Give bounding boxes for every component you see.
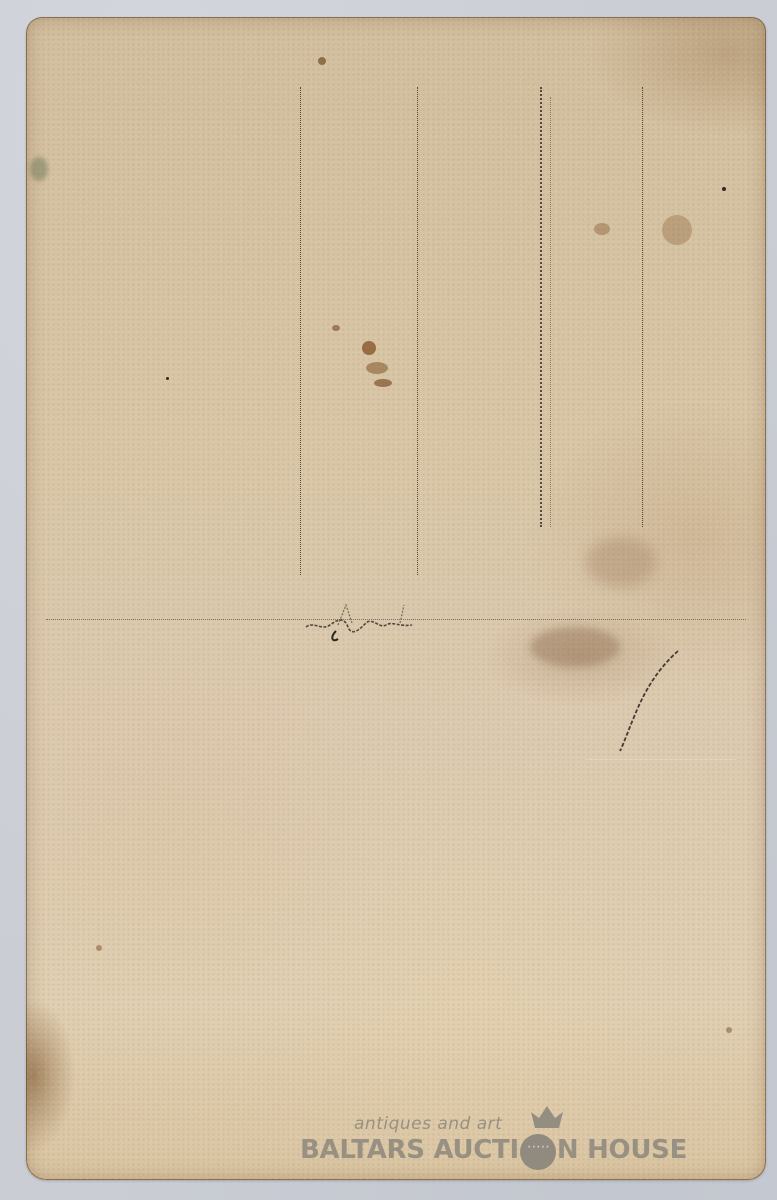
stain [726, 1027, 732, 1033]
stain [362, 341, 376, 355]
guide-line-left-2 [417, 87, 418, 575]
crown-ball-icon [520, 1134, 556, 1170]
stain [366, 362, 388, 374]
stain [662, 215, 692, 245]
guide-line-right-1 [540, 87, 542, 527]
stain [96, 945, 102, 951]
postcard-back [26, 17, 766, 1180]
stain [722, 187, 726, 191]
paper-crease [586, 759, 736, 760]
watermark-tagline: antiques and art [354, 1114, 502, 1134]
stain [530, 627, 620, 667]
watermark-name-part2: N HOUSE [557, 1135, 687, 1165]
stain [318, 57, 326, 65]
stain [374, 379, 392, 387]
stain [30, 157, 48, 181]
auction-house-watermark: antiques and art BALTARS AUCTI N HOUSE [300, 1106, 700, 1176]
stain [166, 377, 169, 380]
guide-line-left-1 [300, 87, 301, 575]
stain [594, 223, 610, 235]
stain [586, 537, 656, 587]
crown-icon [529, 1104, 565, 1130]
stain [332, 325, 340, 331]
guide-line-right-1b [550, 97, 551, 527]
watermark-name: BALTARS AUCTI N HOUSE [300, 1132, 687, 1168]
scratch-mark [616, 647, 686, 757]
watermark-name-part1: BALTARS AUCTI [300, 1135, 519, 1165]
handwritten-signature [300, 597, 420, 647]
guide-line-right-2 [642, 87, 643, 527]
